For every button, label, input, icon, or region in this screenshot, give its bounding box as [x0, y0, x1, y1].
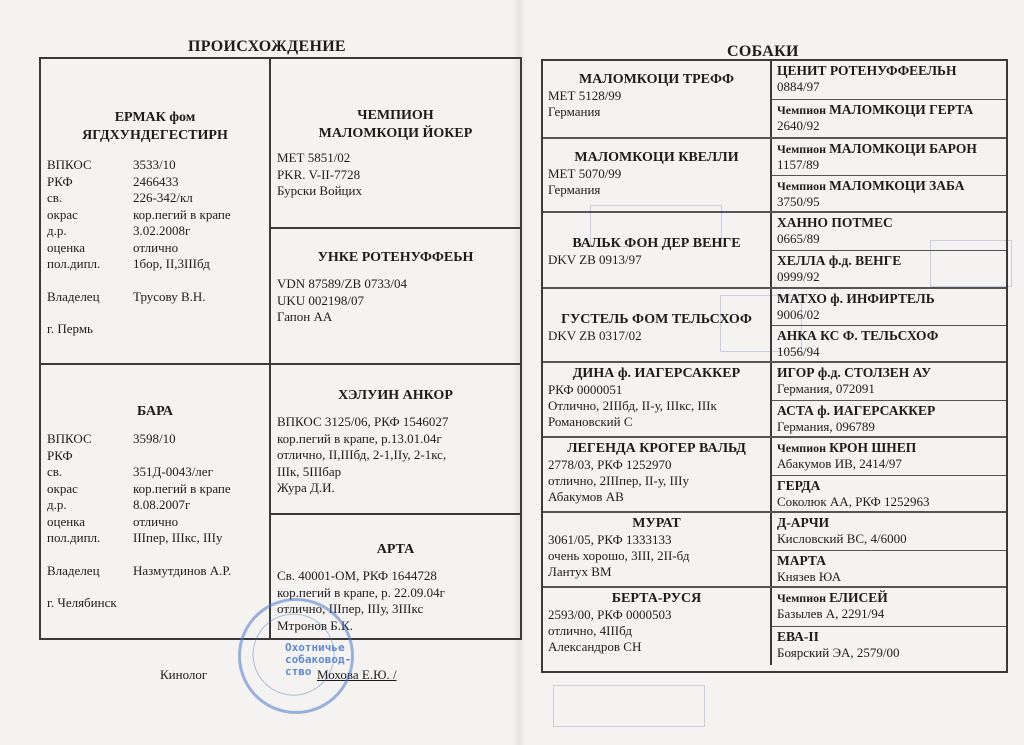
grandparent-name-text: МАЛОМКОЦИ БАРОН: [829, 141, 977, 156]
grandparent-name-text: ЕЛИСЕЙ: [829, 590, 888, 605]
parent-info: DKV ZB 0913/97: [548, 252, 765, 268]
grandparent-name: ЧЕМПИОН: [277, 107, 514, 125]
parent-info: отлично, 2IIIпер, II-у, IIIу: [548, 473, 765, 489]
grandparent-name: ЦЕНИТ РОТЕНУФФЕЕЛЬН: [777, 63, 1001, 79]
title-prefix: Чемпион: [777, 179, 829, 193]
field-row: оценкаотлично: [47, 514, 263, 531]
info-line: кор.пегий в крапе, р. 22.09.04г: [277, 585, 514, 602]
field-value: отлично: [133, 240, 263, 257]
parent-name: МАЛОМКОЦИ КВЕЛЛИ: [548, 149, 765, 166]
grandparent-cell: ГЕРДАСоколюк АА, РКФ 1252963: [772, 476, 1006, 511]
grandparent-info: Боярский ЭА, 2579/00: [777, 645, 1001, 661]
ancestor-row: ГУСТЕЛЬ ФОМ ТЕЛЬСХОФDKV ZB 0317/02МАТХО …: [543, 289, 1006, 363]
parent-info: 2778/03, РКФ 1252970: [548, 457, 765, 473]
grandparent-name: АСТА ф. ИАГЕРСАККЕР: [777, 403, 1001, 419]
grandparent-cell: ХАННО ПОТМЕС0665/89: [772, 213, 1006, 251]
field-row: д.р.3.02.2008г: [47, 223, 263, 240]
grandparent-name-text: ХЕЛЛА ф.д. ВЕНГЕ: [777, 253, 901, 268]
field-key: св.: [47, 190, 133, 207]
grandparent-name-text: АСТА ф. ИАГЕРСАККЕР: [777, 403, 935, 418]
field-key: св.: [47, 464, 133, 481]
grandparent-info: ВПКОС 3125/06, РКФ 1546027кор.пегий в кр…: [277, 414, 514, 497]
field-value: 1бор, II,3IIIбд: [133, 256, 263, 273]
ancestor-row: МУРАТ3061/05, РКФ 1333133очень хорошо, 3…: [543, 513, 1006, 588]
field-row: пол.дипл.IIIпер, IIIкс, IIIу: [47, 530, 263, 547]
title-prefix: Чемпион: [777, 142, 829, 156]
pedigree-title: ПРОИСХОЖДЕНИЕ: [188, 38, 346, 56]
field-row: окраскор.пегий в крапе: [47, 207, 263, 224]
pedigree-table: ЕРМАК фом ЯГДХУНДЕГЕСТИРН ВПКОС3533/10РК…: [39, 57, 522, 640]
dam-fields: ВПКОС3598/10РКФсв.351Д-0043/легокраскор.…: [47, 431, 263, 547]
grandparent-name-text: МАРТА: [777, 553, 826, 568]
parent-cell: МУРАТ3061/05, РКФ 1333133очень хорошо, 3…: [543, 513, 772, 586]
grandparent-name: Чемпион МАЛОМКОЦИ ЗАБА: [777, 178, 1001, 194]
grandparent-name: АРТА: [277, 541, 514, 559]
grandparent-info: Князев ЮА: [777, 569, 1001, 585]
sire-owner-row: Владелец Трусову В.Н.: [47, 289, 263, 306]
owner-label: Владелец: [47, 289, 133, 306]
sire-city-text: г. Пермь: [47, 321, 93, 338]
kinolog-label: Кинолог: [160, 667, 207, 683]
title-prefix: Чемпион: [777, 441, 829, 455]
title-prefix: Чемпион: [777, 103, 829, 117]
grandparent-info: 0884/97: [777, 79, 1001, 95]
grandparent-name: ХАННО ПОТМЕС: [777, 215, 1001, 231]
parent-info: Германия: [548, 182, 765, 198]
parent-info: Александров СН: [548, 639, 765, 655]
dam-owner-row: Владелец Назмутдинов А.Р.: [47, 563, 263, 580]
grandparent-cell: УНКЕ РОТЕНУФФЕЬН VDN 87589/ZB 0733/04UKU…: [271, 229, 520, 365]
field-value: 3.02.2008г: [133, 223, 263, 240]
grandparent-info: Кисловский ВС, 4/6000: [777, 531, 1001, 547]
title-prefix: Чемпион: [777, 591, 829, 605]
grandparent-cell: Чемпион МАЛОМКОЦИ ГЕРТА2640/92: [772, 100, 1006, 137]
grandparent-name-text: КРОН ШНЕП: [829, 440, 916, 455]
grandparent-name: Д-АРЧИ: [777, 515, 1001, 531]
field-key: окрас: [47, 481, 133, 498]
grandparent-name: МАРТА: [777, 553, 1001, 569]
info-line: Бурски Войцих: [277, 183, 514, 200]
grandparent-info: Базылев А, 2291/94: [777, 606, 1001, 622]
grandparent-cell: МАРТАКнязев ЮА: [772, 551, 1006, 586]
grandparent-name: АНКА КС Ф. ТЕЛЬСХОФ: [777, 328, 1001, 344]
grandparent-cell: МАТХО ф. ИНФИРТЕЛЬ9006/02: [772, 289, 1006, 326]
field-row: ВПКОС3533/10: [47, 157, 263, 174]
parent-info: 2593/00, РКФ 0000503: [548, 607, 765, 623]
grandparent-cell: Д-АРЧИКисловский ВС, 4/6000: [772, 513, 1006, 551]
grandparent-info: 1157/89: [777, 157, 1001, 173]
info-line: ВПКОС 3125/06, РКФ 1546027: [277, 414, 514, 431]
ancestors-table: МАЛОМКОЦИ ТРЕФФМЕТ 5128/99ГерманияЦЕНИТ …: [541, 59, 1008, 673]
ancestor-row: МАЛОМКОЦИ КВЕЛЛИМЕТ 5070/99ГерманияЧемпи…: [543, 139, 1006, 213]
grandparent-cell: АНКА КС Ф. ТЕЛЬСХОФ1056/94: [772, 326, 1006, 361]
field-value: 351Д-0043/лег: [133, 464, 263, 481]
grandparent-name: УНКЕ РОТЕНУФФЕЬН: [277, 249, 514, 267]
field-row: окраскор.пегий в крапе: [47, 481, 263, 498]
parent-info: Абакумов АВ: [548, 489, 765, 505]
grandparent-info: 2640/92: [777, 118, 1001, 134]
grandparent-name-text: МАЛОМКОЦИ ГЕРТА: [829, 102, 973, 117]
grandparent-name-text: ХАННО ПОТМЕС: [777, 215, 893, 230]
grandparent-name-text: МАТХО ф. ИНФИРТЕЛЬ: [777, 291, 935, 306]
grandparent-name-text: ИГОР ф.д. СТОЛЗЕН АУ: [777, 365, 931, 380]
sire-city: г. Пермь: [47, 321, 263, 338]
grandparent-name: ИГОР ф.д. СТОЛЗЕН АУ: [777, 365, 1001, 381]
field-value: 226-342/кл: [133, 190, 263, 207]
field-value: 8.08.2007г: [133, 497, 263, 514]
field-value: 3533/10: [133, 157, 263, 174]
ancestor-row: ДИНА ф. ИАГЕРСАККЕРРКФ 0000051Отлично, 2…: [543, 363, 1006, 438]
stamp-line: ство: [285, 666, 351, 678]
dam-city: г. Челябинск: [47, 595, 263, 612]
info-line: Жура Д.И.: [277, 480, 514, 497]
grandparent-info: Германия, 096789: [777, 419, 1001, 435]
grandparent-cell: ХЭЛУИН АНКОР ВПКОС 3125/06, РКФ 1546027к…: [271, 365, 520, 515]
ancestor-row: ВАЛЬК ФОН ДЕР ВЕНГЕDKV ZB 0913/97ХАННО П…: [543, 213, 1006, 289]
grandparent-name-text: ЦЕНИТ РОТЕНУФФЕЕЛЬН: [777, 63, 956, 78]
grandparent-info: 9006/02: [777, 307, 1001, 323]
parent-info: очень хорошо, 3III, 2II-бд: [548, 548, 765, 564]
info-line: IIIк, 5IIIбар: [277, 464, 514, 481]
dam-name: БАРА: [47, 403, 263, 421]
grandparent-name-text: ЕВА-II: [777, 629, 819, 644]
parent-info: Отлично, 2IIIбд, II-у, IIIкс, IIIк: [548, 398, 765, 414]
grandparent-info: 0665/89: [777, 231, 1001, 247]
parent-info: Лантух ВМ: [548, 564, 765, 580]
grandparent-name: Чемпион ЕЛИСЕЙ: [777, 590, 1001, 606]
parent-info: DKV ZB 0317/02: [548, 328, 765, 344]
grandparent-cell: ИГОР ф.д. СТОЛЗЕН АУГермания, 072091: [772, 363, 1006, 401]
grandparent-cell: Чемпион КРОН ШНЕПАбакумов ИВ, 2414/97: [772, 438, 1006, 476]
parent-cell: ВАЛЬК ФОН ДЕР ВЕНГЕDKV ZB 0913/97: [543, 213, 772, 287]
ancestor-row: ЛЕГЕНДА КРОГЕР ВАЛЬД2778/03, РКФ 1252970…: [543, 438, 1006, 513]
field-key: окрас: [47, 207, 133, 224]
grandparent-name-text: МАЛОМКОЦИ ЗАБА: [829, 178, 965, 193]
parent-info: МЕТ 5128/99: [548, 88, 765, 104]
parent-name: МАЛОМКОЦИ ТРЕФФ: [548, 71, 765, 88]
dam-city-text: г. Челябинск: [47, 595, 117, 612]
parent-info: 3061/05, РКФ 1333133: [548, 532, 765, 548]
field-key: ВПКОС: [47, 431, 133, 448]
info-line: Св. 40001-ОМ, РКФ 1644728: [277, 568, 514, 585]
grandparent-info: Соколюк АА, РКФ 1252963: [777, 494, 1001, 510]
parent-info: Германия: [548, 104, 765, 120]
field-row: пол.дипл.1бор, II,3IIIбд: [47, 256, 263, 273]
parent-cell: МАЛОМКОЦИ КВЕЛЛИМЕТ 5070/99Германия: [543, 139, 772, 211]
field-key: ВПКОС: [47, 157, 133, 174]
parent-cell: ДИНА ф. ИАГЕРСАККЕРРКФ 0000051Отлично, 2…: [543, 363, 772, 436]
info-line: отлично, II,IIIбд, 2-1,IIу, 2-1кс,: [277, 447, 514, 464]
grandparent-name: МАЛОМКОЦИ ЙОКЕР: [277, 125, 514, 143]
parent-name: ДИНА ф. ИАГЕРСАККЕР: [548, 365, 765, 382]
grandparent-name-text: АНКА КС Ф. ТЕЛЬСХОФ: [777, 328, 938, 343]
dam-owner: Назмутдинов А.Р.: [133, 563, 263, 580]
field-value: IIIпер, IIIкс, IIIу: [133, 530, 263, 547]
field-value: отлично: [133, 514, 263, 531]
info-line: PKR. V-II-7728: [277, 167, 514, 184]
parent-info: отлично, 4IIIбд: [548, 623, 765, 639]
field-row: РКФ: [47, 448, 263, 465]
grandparents-column: ЧЕМПИОН МАЛОМКОЦИ ЙОКЕР МЕТ 5851/02PKR. …: [271, 59, 520, 638]
ancestor-row: МАЛОМКОЦИ ТРЕФФМЕТ 5128/99ГерманияЦЕНИТ …: [543, 61, 1006, 139]
field-key: пол.дипл.: [47, 256, 133, 273]
parent-name: ЛЕГЕНДА КРОГЕР ВАЛЬД: [548, 440, 765, 457]
field-key: РКФ: [47, 174, 133, 191]
grandparent-name: МАТХО ф. ИНФИРТЕЛЬ: [777, 291, 1001, 307]
field-key: оценка: [47, 240, 133, 257]
grandparent-cell: Чемпион МАЛОМКОЦИ ЗАБА3750/95: [772, 176, 1006, 211]
field-row: оценкаотлично: [47, 240, 263, 257]
parent-cell: БЕРТА-РУСЯ2593/00, РКФ 0000503отлично, 4…: [543, 588, 772, 665]
info-line: МЕТ 5851/02: [277, 150, 514, 167]
grandparent-cell: АСТА ф. ИАГЕРСАККЕРГермания, 096789: [772, 401, 1006, 436]
grandparent-name: Чемпион МАЛОМКОЦИ ГЕРТА: [777, 102, 1001, 118]
sire-name-line1: ЕРМАК фом: [47, 109, 263, 127]
parent-name: ГУСТЕЛЬ ФОМ ТЕЛЬСХОФ: [548, 311, 765, 328]
field-row: РКФ2466433: [47, 174, 263, 191]
grandparent-info: Германия, 072091: [777, 381, 1001, 397]
grandparent-info: 3750/95: [777, 194, 1001, 210]
grandparent-info: VDN 87589/ZB 0733/04UKU 002198/07Гапон А…: [277, 276, 514, 326]
field-row: св.226-342/кл: [47, 190, 263, 207]
grandparent-info: 1056/94: [777, 344, 1001, 360]
field-value: кор.пегий в крапе: [133, 481, 263, 498]
parent-cell: ГУСТЕЛЬ ФОМ ТЕЛЬСХОФDKV ZB 0317/02: [543, 289, 772, 361]
parents-column: ЕРМАК фом ЯГДХУНДЕГЕСТИРН ВПКОС3533/10РК…: [41, 59, 271, 638]
grandparent-cell: Чемпион МАЛОМКОЦИ БАРОН1157/89: [772, 139, 1006, 176]
grandparent-name-text: Д-АРЧИ: [777, 515, 829, 530]
field-row: д.р.8.08.2007г: [47, 497, 263, 514]
grandparent-cell: ЕВА-IIБоярский ЭА, 2579/00: [772, 627, 1006, 663]
info-line: UKU 002198/07: [277, 293, 514, 310]
grandparent-name-text: ГЕРДА: [777, 478, 820, 493]
parent-name: ВАЛЬК ФОН ДЕР ВЕНГЕ: [548, 235, 765, 252]
grandparent-cell: ХЕЛЛА ф.д. ВЕНГЕ0999/92: [772, 251, 1006, 287]
field-key: РКФ: [47, 448, 133, 465]
grandparent-info: 0999/92: [777, 269, 1001, 285]
parent-info: Романовский С: [548, 414, 765, 430]
info-line: VDN 87589/ZB 0733/04: [277, 276, 514, 293]
field-key: пол.дипл.: [47, 530, 133, 547]
grandparent-info: МЕТ 5851/02PKR. V-II-7728Бурски Войцих: [277, 150, 514, 200]
field-row: св.351Д-0043/лег: [47, 464, 263, 481]
info-line: кор.пегий в крапе, р.13.01.04г: [277, 431, 514, 448]
field-value: 2466433: [133, 174, 263, 191]
parent-info: РКФ 0000051: [548, 382, 765, 398]
field-key: д.р.: [47, 497, 133, 514]
field-key: д.р.: [47, 223, 133, 240]
field-value: 3598/10: [133, 431, 263, 448]
parent-info: МЕТ 5070/99: [548, 166, 765, 182]
stamp-text: Охотничье собаковод- ство: [285, 642, 351, 678]
field-value: кор.пегий в крапе: [133, 207, 263, 224]
parent-cell: ЛЕГЕНДА КРОГЕР ВАЛЬД2778/03, РКФ 1252970…: [543, 438, 772, 511]
faint-stamp: [553, 685, 705, 727]
grandparent-cell: ЦЕНИТ РОТЕНУФФЕЕЛЬН0884/97: [772, 61, 1006, 100]
ancestor-row: БЕРТА-РУСЯ2593/00, РКФ 0000503отлично, 4…: [543, 588, 1006, 665]
info-line: Гапон АА: [277, 309, 514, 326]
grandparent-info: Абакумов ИВ, 2414/97: [777, 456, 1001, 472]
grandparent-name: ГЕРДА: [777, 478, 1001, 494]
parent-name: БЕРТА-РУСЯ: [548, 590, 765, 607]
sire-owner: Трусову В.Н.: [133, 289, 263, 306]
grandparent-name: Чемпион МАЛОМКОЦИ БАРОН: [777, 141, 1001, 157]
parent-name: МУРАТ: [548, 515, 765, 532]
grandparent-cell: Чемпион ЕЛИСЕЙБазылев А, 2291/94: [772, 588, 1006, 627]
dam-cell: БАРА ВПКОС3598/10РКФсв.351Д-0043/легокра…: [41, 365, 269, 638]
field-row: ВПКОС3598/10: [47, 431, 263, 448]
field-key: оценка: [47, 514, 133, 531]
sire-cell: ЕРМАК фом ЯГДХУНДЕГЕСТИРН ВПКОС3533/10РК…: [41, 59, 269, 365]
field-value: [133, 448, 263, 465]
grandparent-cell: ЧЕМПИОН МАЛОМКОЦИ ЙОКЕР МЕТ 5851/02PKR. …: [271, 59, 520, 229]
owner-label: Владелец: [47, 563, 133, 580]
sire-name-line2: ЯГДХУНДЕГЕСТИРН: [47, 127, 263, 145]
grandparent-name: ХЕЛЛА ф.д. ВЕНГЕ: [777, 253, 1001, 269]
parent-cell: МАЛОМКОЦИ ТРЕФФМЕТ 5128/99Германия: [543, 61, 772, 137]
grandparent-name: ХЭЛУИН АНКОР: [277, 387, 514, 405]
grandparent-name: Чемпион КРОН ШНЕП: [777, 440, 1001, 456]
grandparent-name: ЕВА-II: [777, 629, 1001, 645]
sire-fields: ВПКОС3533/10РКФ2466433св.226-342/клокрас…: [47, 157, 263, 273]
